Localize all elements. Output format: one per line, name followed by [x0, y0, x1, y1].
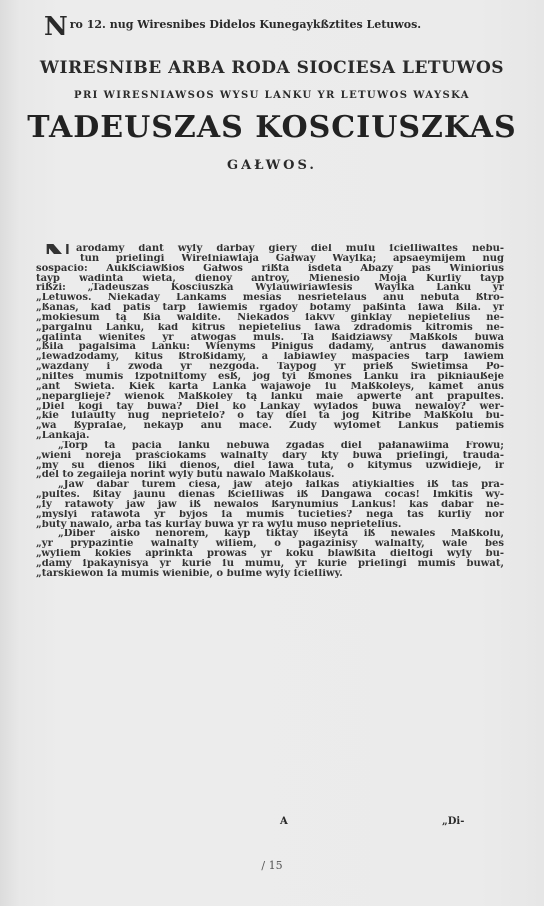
text-line: „damy ſpakaynisya yr kurie ſu mumu, yr k… — [36, 559, 504, 569]
drop-cap: N — [42, 244, 73, 254]
text-line: „tarskiewon ſa mumis wienibie, o buſme w… — [36, 569, 504, 579]
text-line: sospacio: Aukßciawßios Gałwos rißta isde… — [36, 264, 504, 274]
text-line: „Jaw dabar turem ciesa, jaw atejo łaſkas… — [36, 480, 504, 490]
header-text: ro 12. nug Wiresnibes Didelos Kunegaykßz… — [70, 18, 421, 31]
text-line: „ant Swieta. Kiek karta Lanka wajawoje ſ… — [36, 382, 504, 392]
text-line: „ßanas, kad patis tarp ſawiemis rgadoy b… — [36, 303, 504, 313]
text-line: „Letuwos. Niekaday Lankams mesias nesrie… — [36, 293, 504, 303]
catchword: „Di- — [442, 816, 464, 827]
page-number: / 15 — [0, 859, 544, 872]
text-line: „ſewadzodamy, kitus ßtroßidamy, a labiaw… — [36, 352, 504, 362]
text-line: „wieni noreja praściokams walnaſty dary … — [36, 451, 504, 461]
text-line: „Lankaja. — [36, 431, 504, 441]
document-page: Nro 12. nug Wiresnibes Didelos Kunegaykß… — [0, 0, 544, 906]
text-line: „Diber aisko nenorem, kayp tiktay ißeyta… — [36, 529, 504, 539]
issue-header: Nro 12. nug Wiresnibes Didelos Kunegaykß… — [44, 14, 504, 40]
text-line: „ßila pagalsima Lanku: Wienyms Pinigus d… — [36, 342, 504, 352]
text-line: „wa ßypraſae, nekayp anu mace. Zudy wyſo… — [36, 421, 504, 431]
text-line: „del to zegaileja norint wyſy butu nawal… — [36, 470, 504, 480]
header-initial: N — [44, 12, 68, 42]
text-line: „ſy ratawoty jaw jaw iß newalos ßarynumi… — [36, 500, 504, 510]
text-line: N arodamy dant wyſy darbay giery diel mu… — [36, 244, 504, 254]
signature-mark: A — [280, 816, 288, 827]
text-line: tun prieſingi Wireſniawſaja Gałway Wayſk… — [36, 254, 504, 264]
text-line: „niſtes mumis ſzpotniſtomy esß, jog tyi … — [36, 372, 504, 382]
title-name: TADEUSZAS KOSCIUSZKAS — [0, 110, 544, 145]
text-line: „Torp ta pacia lanku nebuwa zgadas diel … — [36, 441, 504, 451]
text-line: „Diel kogi tay buwa? Diel ko Lankay wyſa… — [36, 402, 504, 412]
text-line: „myslyi ratawota yr byjos ſa mumis tucie… — [36, 510, 504, 520]
title-line-1: WIRESNIBE ARBA RODA SIOCIESA LETUWOS — [0, 58, 544, 78]
text-line: „yr prypazintie walnaſty wiſiem, o pagaz… — [36, 539, 504, 549]
text-line: rißzi: „Tadeuszas Kosciuszka Wyſauwiriaw… — [36, 283, 504, 293]
text-line: tayp wadinta wieta, dienoy antroy, Miene… — [36, 274, 504, 284]
text-line: „buty nawalo, arba tas kurſay buwa yr ra… — [36, 520, 504, 530]
title-line-4: GAŁWOS. — [0, 158, 544, 173]
body-text: N arodamy dant wyſy darbay giery diel mu… — [36, 244, 504, 579]
text-line: „gaſinta wienites yr atwogas muls. Ta ßa… — [36, 333, 504, 343]
text-line: „wazdany i zwoda yr nezgoda. Taypog yr p… — [36, 362, 504, 372]
page-footer-marks: A „Di- — [0, 816, 544, 834]
text-line: „my su dienos liki dienos, diel ſawa tut… — [36, 461, 504, 471]
text-line: „pultes. ßitay jaunu dienas ßcieſliwas i… — [36, 490, 504, 500]
text-line: „kie ſuſauſty nug neprietelo? o tay diel… — [36, 411, 504, 421]
title-line-2: PRI WIRESNIAWSOS WYSU LANKU YR LETUWOS W… — [0, 90, 544, 101]
text-line: „mokiesum tą ßia waldite. Niekados ſakvv… — [36, 313, 504, 323]
text-line: „neparglieje? wienok Maßkoley tą lanku m… — [36, 392, 504, 402]
text-line: „pargalnu Lanku, kad kitrus nepietelius … — [36, 323, 504, 333]
text-line: „wyſiem kokies aprinkta prowas yr koku b… — [36, 549, 504, 559]
